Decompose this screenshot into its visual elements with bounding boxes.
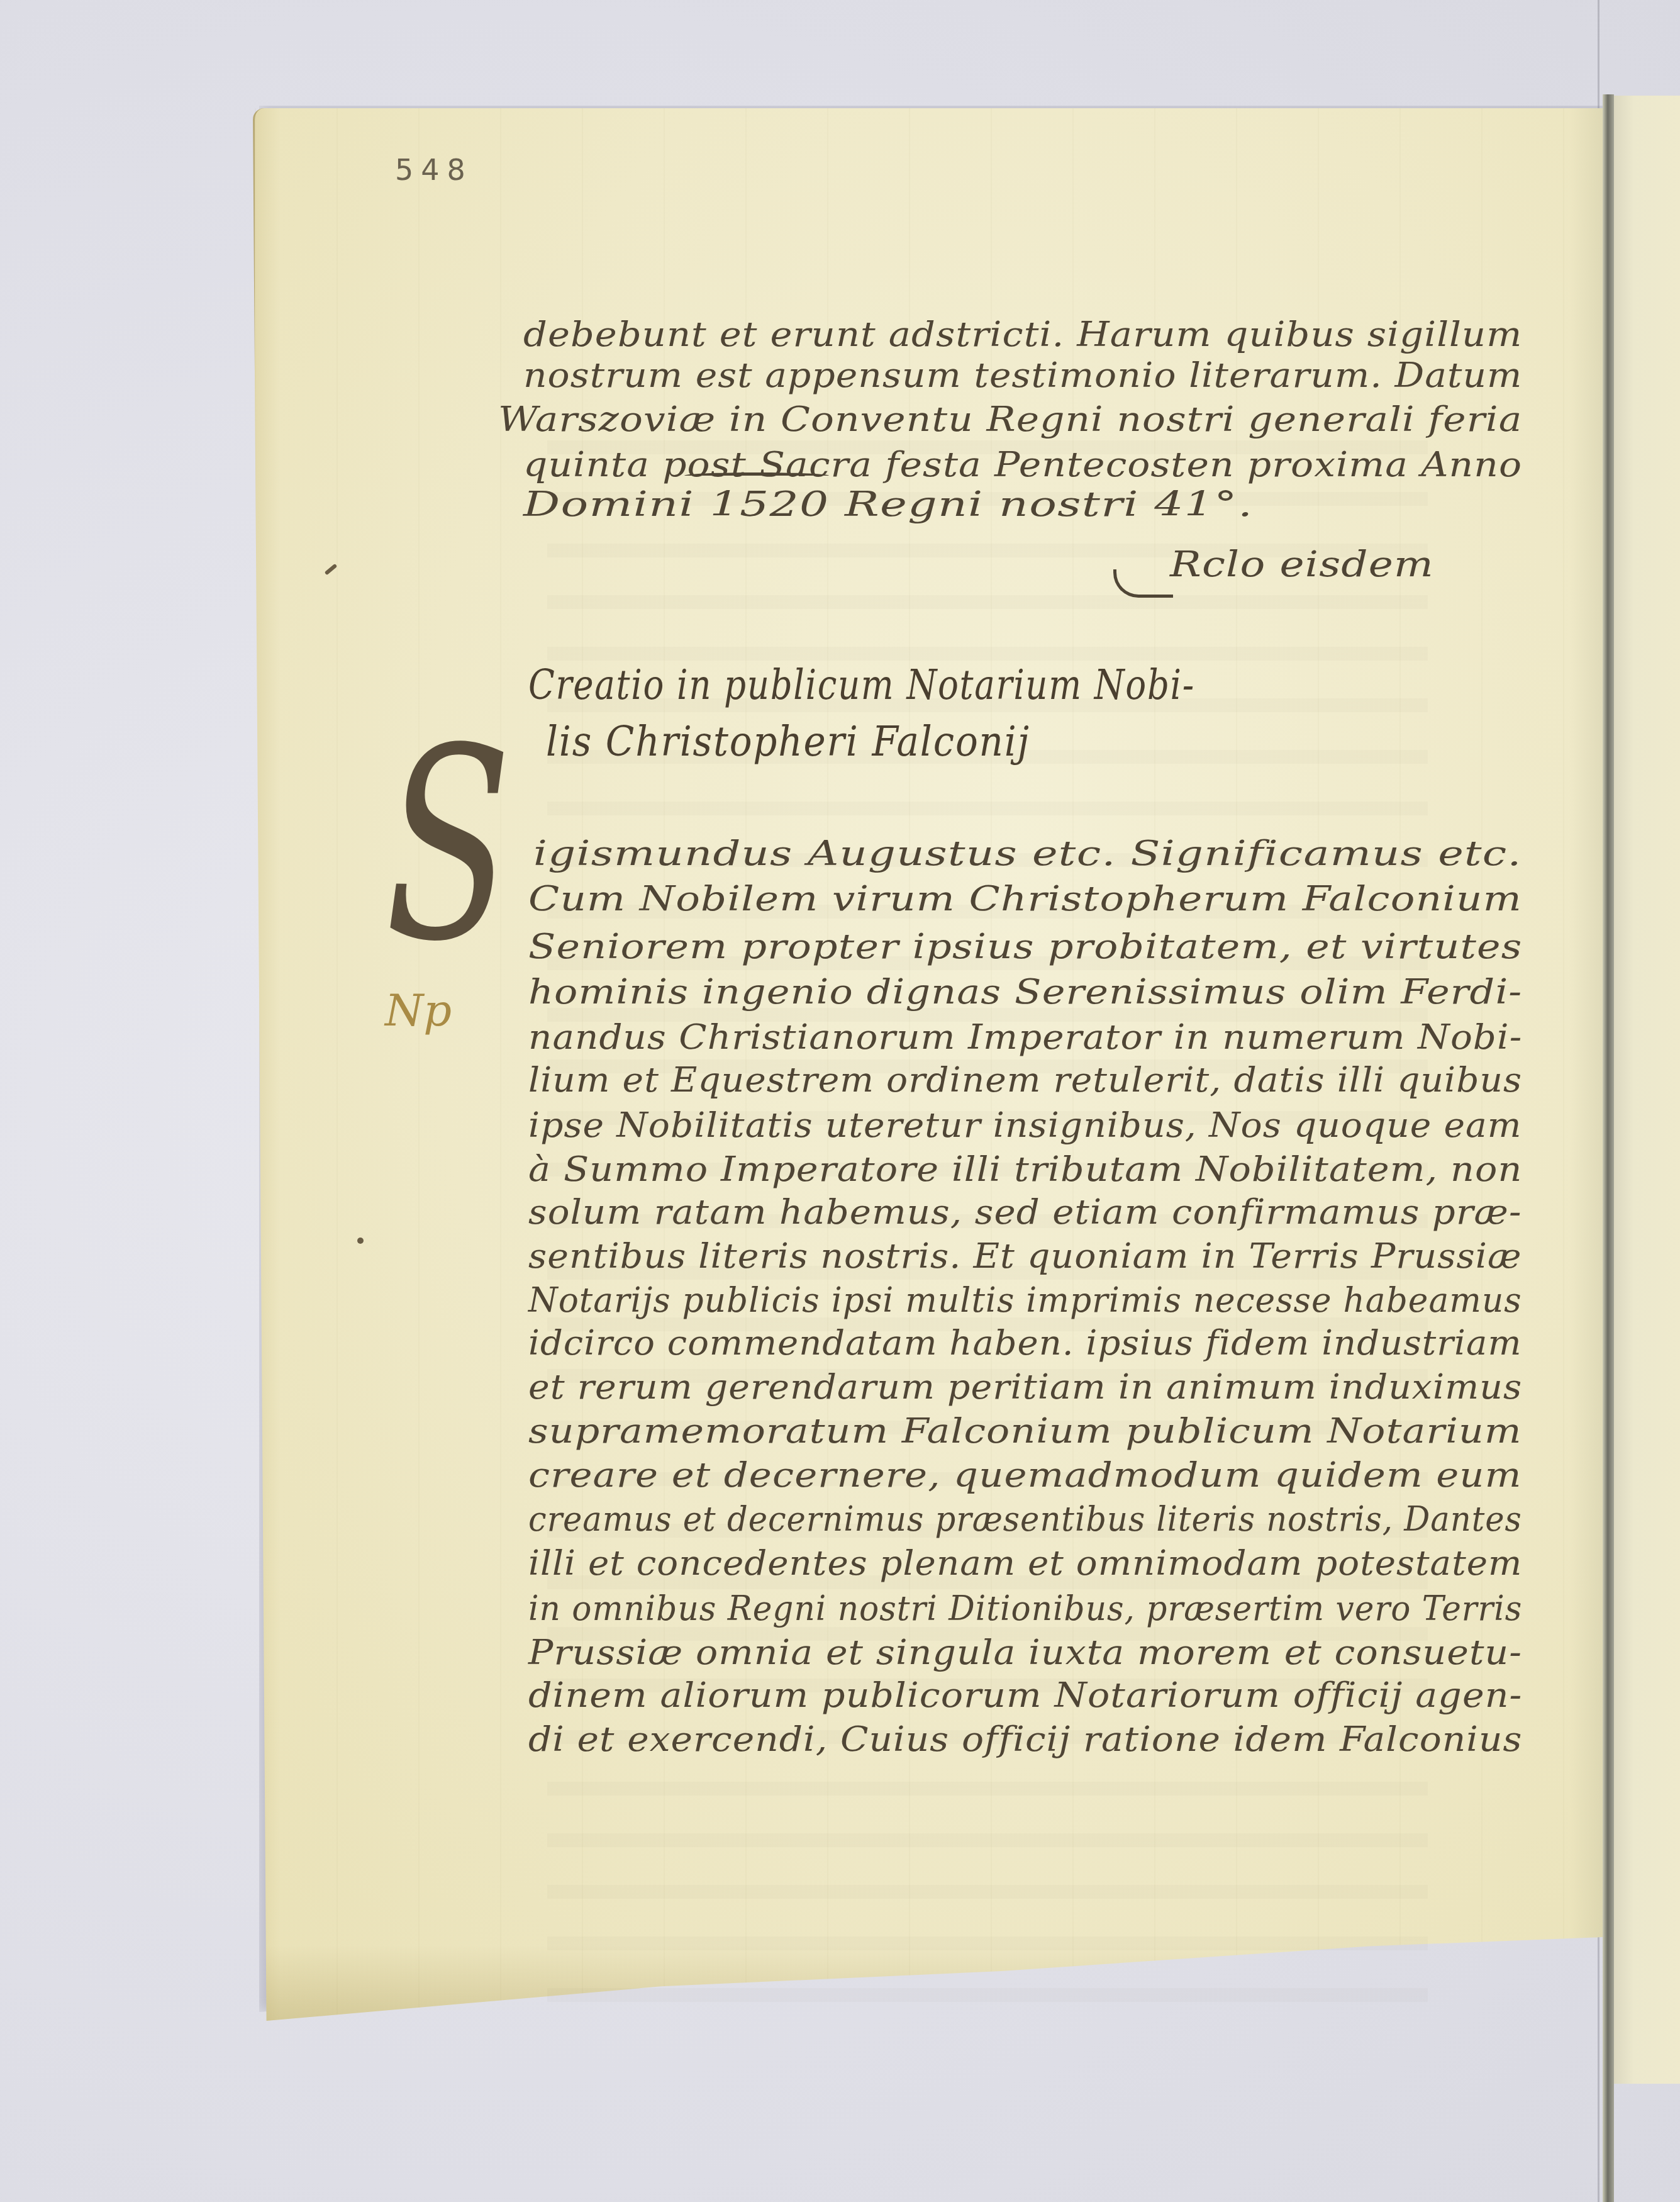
body-line-13: et rerum gerendarum peritiam in animum i… bbox=[528, 1370, 1522, 1404]
closing-line-4: quinta post Sacra festa Pentecosten prox… bbox=[523, 448, 1522, 482]
body-line-19: Prussiæ omnia et singula iuxta morem et … bbox=[528, 1636, 1522, 1670]
body-line-12: idcirco commendatam haben. ipsius fidem … bbox=[528, 1326, 1522, 1360]
folio-number: 548 bbox=[395, 153, 473, 187]
body-line-7: ipse Nobilitatis uteretur insignibus, No… bbox=[528, 1109, 1522, 1143]
book-gutter bbox=[1603, 94, 1614, 2202]
body-line-9: solum ratam habemus, sed etiam confirmam… bbox=[528, 1195, 1522, 1229]
body-line-16: creamus et decernimus præsentibus literi… bbox=[528, 1502, 1522, 1536]
body-line-10: sentibus literis nostris. Et quoniam in … bbox=[528, 1239, 1522, 1273]
body-line-17: illi et concedentes plenam et omnimodam … bbox=[528, 1546, 1522, 1580]
relator-note: Rclo eisdem bbox=[1170, 547, 1434, 583]
body-line-21: di et exercendi, Cuius officij ratione i… bbox=[528, 1723, 1523, 1757]
body-line-15: creare et decernere, quemadmodum quidem … bbox=[528, 1458, 1521, 1492]
body-line-6: lium et Equestrem ordinem retulerit, dat… bbox=[528, 1063, 1522, 1097]
body-line-8: à Summo Imperatore illi tributam Nobilit… bbox=[528, 1153, 1522, 1187]
body-line-18: in omnibus Regni nostri Ditionibus, præs… bbox=[528, 1592, 1522, 1626]
body-line-14: supramemoratum Falconium publicum Notari… bbox=[528, 1414, 1522, 1448]
closing-line-3: Warszoviæ in Conventu Regni nostri gener… bbox=[498, 403, 1522, 437]
body-line-3: Seniorem propter ipsius probitatem, et v… bbox=[528, 930, 1522, 964]
body-line-2: Cum Nobilem virum Christopherum Falconiu… bbox=[528, 882, 1522, 916]
body-line-20: dinem aliorum publicorum Notariorum offi… bbox=[528, 1679, 1522, 1713]
body-line-4: hominis ingenio dignas Serenissimus olim… bbox=[528, 975, 1522, 1009]
closing-line-1: debebunt et erunt adstricti. Harum quibu… bbox=[523, 318, 1522, 352]
facing-page-edge bbox=[1614, 96, 1680, 2084]
closing-line-5-date: Domini 1520 Regni nostri 41°. bbox=[523, 488, 1253, 522]
body-line-5: nandus Christianorum Imperator in numeru… bbox=[528, 1020, 1522, 1054]
closing-line-2: nostrum est appensum testimonio literaru… bbox=[523, 359, 1522, 393]
heading-line-2: lis Christopheri Falconij bbox=[546, 717, 1030, 766]
body-line-11: Notarijs publicis ipsi multis imprimis n… bbox=[528, 1283, 1522, 1317]
year-overline-mark bbox=[684, 472, 829, 479]
decorated-initial-s: S bbox=[385, 714, 511, 978]
body-line-1: igismundus Augustus etc. Significamus et… bbox=[533, 837, 1522, 871]
marginal-nota-mark: Np bbox=[385, 985, 452, 1036]
margin-dot-mark bbox=[357, 1238, 364, 1244]
heading-line-1: Creatio in publicum Notarium Nobi- bbox=[528, 661, 1195, 709]
